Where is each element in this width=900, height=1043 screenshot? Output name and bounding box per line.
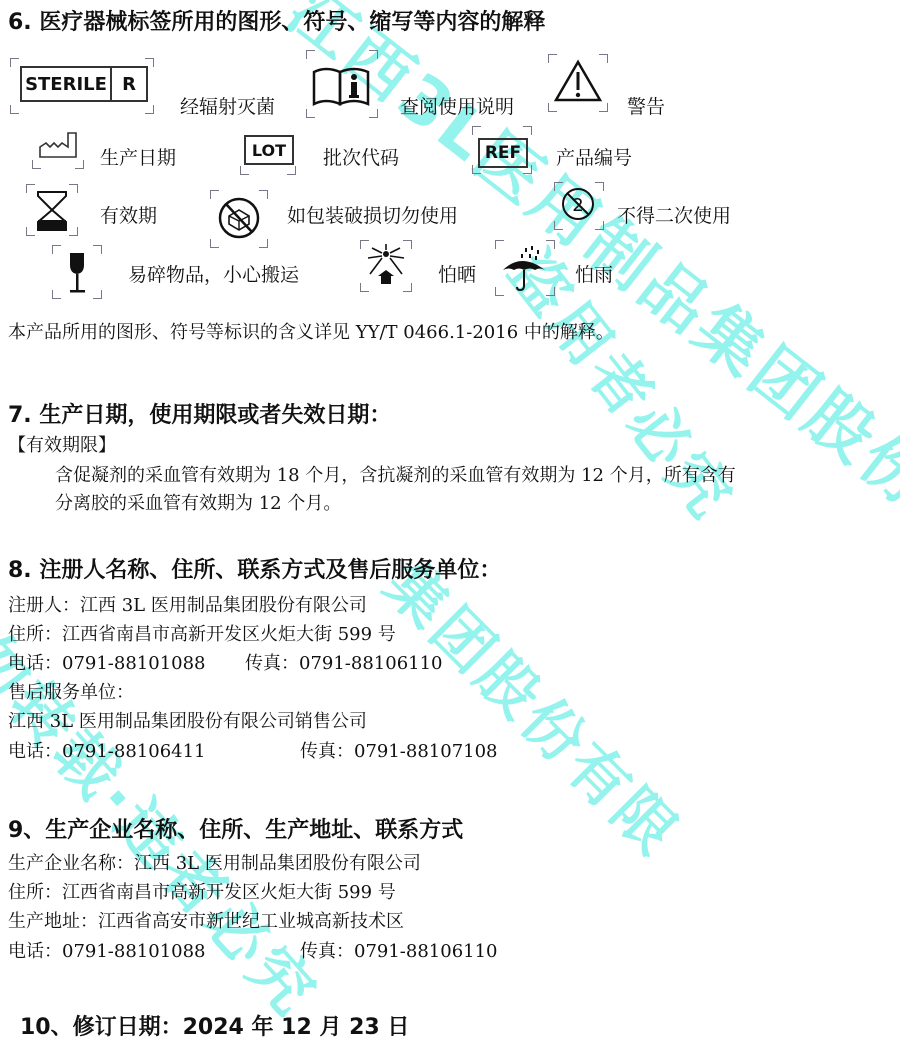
symbols-standard-note: 本产品所用的图形、符号等标识的含义详见 YY/T 0466.1-2016 中的解… [8,318,614,344]
factory-icon [32,125,84,169]
section8-fax: 传真：0791-88106110 [245,649,443,675]
section8-title: 8. 注册人名称、住所、联系方式及售后服务单位： [8,553,501,584]
ref-icon: REF [472,126,532,174]
section8-service-label: 售后服务单位： [8,678,134,704]
section9-production-address: 生产地址：江西省高安市新世纪工业城高新技术区 [8,907,404,933]
symbol-label-ref: 产品编号 [556,143,632,170]
symbol-label-instructions: 查阅使用说明 [400,92,514,119]
lot-icon: LOT [240,125,296,175]
fragile-glass-icon [52,245,102,299]
section7-subheading: 【有效期限】 [8,431,116,457]
section8-phone: 电话：0791-88101088 [8,649,206,675]
instructions-book-icon [306,50,378,118]
hourglass-icon [26,184,78,236]
symbol-label-rain: 怕雨 [575,260,613,287]
damaged-package-icon [210,190,268,248]
section8-service-fax: 传真：0791-88107108 [300,737,498,763]
sterile-r-icon: STERILE R [10,58,154,114]
symbol-label-damaged-package: 如包装破损切勿使用 [287,201,458,228]
symbol-label-warning: 警告 [627,92,665,119]
symbol-label-sunlight: 怕晒 [438,260,476,287]
section7-title: 7. 生产日期，使用期限或者失效日期： [8,398,391,429]
svg-text:2: 2 [572,195,583,216]
keep-away-sunlight-icon [360,240,412,292]
section9-company: 生产企业名称：江西 3L 医用制品集团股份有限公司 [8,849,421,875]
symbol-label-manufacture-date: 生产日期 [100,143,176,170]
section9-title: 9、生产企业名称、住所、生产地址、联系方式 [8,813,463,844]
section8-address: 住所：江西省南昌市高新开发区火炬大街 599 号 [8,620,396,646]
symbol-label-expiry: 有效期 [100,201,157,228]
section9-fax: 传真：0791-88106110 [300,937,498,963]
section8-service-company: 江西 3L 医用制品集团股份有限公司销售公司 [8,707,367,733]
symbol-label-sterile: 经辐射灭菌 [180,92,275,119]
section9-phone: 电话：0791-88101088 [8,937,206,963]
symbol-label-fragile: 易碎物品，小心搬运 [128,260,299,287]
section6-title: 6. 医疗器械标签所用的图形、符号、缩写等内容的解释 [8,5,545,36]
section7-body-line2: 分离胶的采血管有效期为 12 个月。 [55,489,341,515]
warning-triangle-icon [548,54,608,112]
keep-dry-umbrella-icon [495,240,555,296]
single-use-icon: 2 [554,182,604,230]
section7-body-line1: 含促凝剂的采血管有效期为 18 个月，含抗凝剂的采血管有效期为 12 个月，所有… [55,461,736,487]
section8-registrant: 注册人：江西 3L 医用制品集团股份有限公司 [8,591,367,617]
symbol-label-lot: 批次代码 [323,143,399,170]
symbol-label-single-use: 不得二次使用 [617,201,731,228]
section10-revision-date: 10、修订日期：2024 年 12 月 23 日 [20,1010,409,1041]
section9-address: 住所：江西省南昌市高新开发区火炬大街 599 号 [8,878,396,904]
section8-service-phone: 电话：0791-88106411 [8,737,206,763]
